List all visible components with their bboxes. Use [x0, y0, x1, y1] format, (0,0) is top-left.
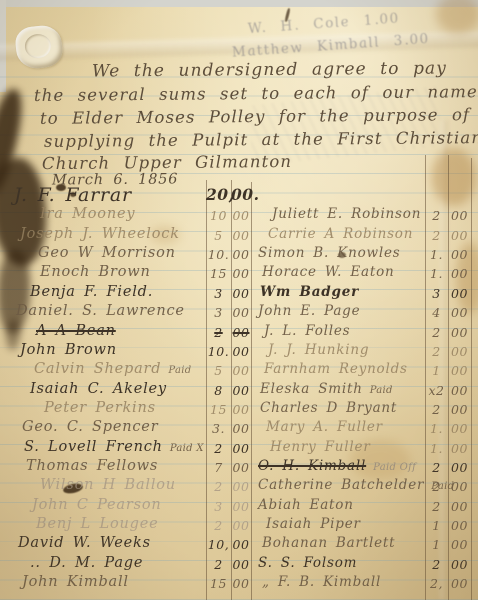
entry-name: „ F. B. Kimball	[262, 574, 381, 590]
entry-name: John E. Page	[258, 303, 360, 319]
entry-amount-dollars: 2,	[425, 574, 448, 593]
entry-amount-cents: 00	[448, 400, 471, 419]
entry-amount-cents: 00	[448, 284, 471, 303]
entry-amount-cents: 00	[448, 574, 471, 593]
ledger-row: S. S. Folsom200	[0, 554, 478, 574]
entry-name: O. H. Kimball	[258, 458, 366, 474]
entry-name-wrap: Abiah Eaton	[258, 496, 354, 515]
entry-name-wrap: Farnham Reynolds	[264, 360, 408, 379]
ledger-row: Simon B. Knowles1.00	[0, 244, 478, 264]
ledger-row: J. L. Folles200	[0, 322, 478, 342]
scan-edge-top	[0, 0, 478, 7]
ledger-row: Mary A. Fuller1.00	[0, 418, 478, 438]
entry-amount-dollars: 4	[425, 303, 448, 322]
entry-name: S. S. Folsom	[258, 555, 357, 571]
entry-amount-dollars: 2	[425, 323, 448, 342]
entry-amount-dollars: 3	[425, 284, 448, 303]
entry-name: Carrie A Robinson	[268, 226, 413, 242]
entry-amount-dollars: 2	[425, 226, 448, 245]
ledger-row: Bohanan Bartlett100	[0, 534, 478, 554]
entry-amount-cents: 00	[448, 439, 471, 458]
entry-name-wrap: Mary A. Fuller	[266, 418, 383, 437]
entry-name: Farnham Reynolds	[264, 361, 408, 377]
entry-amount-dollars: 1.	[425, 264, 448, 283]
entry-name-wrap: Bohanan Bartlett	[262, 534, 395, 553]
entry-name: Simon B. Knowles	[258, 245, 400, 261]
entry-name: Henry Fuller	[270, 439, 371, 455]
heading-line: the several sums set to each of our name…	[34, 82, 478, 105]
entry-amount-cents: 00	[448, 264, 471, 283]
entry-name-wrap: J. J. Hunking	[268, 341, 369, 360]
entry-amount-cents: 00.	[231, 185, 251, 204]
entry-amount-dollars: 2	[425, 477, 448, 496]
heading-line: supplying the Pulpit at the First Christ…	[44, 128, 478, 151]
heading-line: to Elder Moses Polley for the purpose of	[40, 105, 470, 128]
ledger-row: Henry Fuller1.00	[0, 438, 478, 458]
scanned-document: W. H. Cole 1.00 Matthew Kimball 3.00 We …	[0, 0, 478, 600]
entry-amount-dollars: 2	[425, 342, 448, 361]
entry-amount-dollars: 1.	[425, 419, 448, 438]
entry-amount-dollars: 2	[425, 497, 448, 516]
entry-name-wrap: Henry Fuller	[270, 438, 371, 457]
entry-amount-dollars: 1.	[425, 439, 448, 458]
entry-name-wrap: „ F. B. Kimball	[262, 573, 381, 592]
entry-amount-cents: 00	[448, 226, 471, 245]
entry-amount-dollars: 1	[425, 516, 448, 535]
ledger-row: Abiah Eaton200	[0, 496, 478, 516]
ledger-row: Carrie A Robinson200	[0, 225, 478, 245]
entry-name-wrap: Charles D Bryant	[260, 399, 397, 418]
entry-amount-dollars: 2	[425, 206, 448, 225]
entry-amount-dollars: 2	[425, 555, 448, 574]
entry-name: Bohanan Bartlett	[262, 535, 395, 551]
ledger-row: Wm Badger300	[0, 283, 478, 303]
entry-amount-cents: 00	[448, 419, 471, 438]
entry-name: Isaiah Piper	[266, 516, 361, 532]
ledger-row: Catherine BatchelderPaid200	[0, 476, 478, 496]
entry-name-wrap: Horace W. Eaton	[262, 263, 395, 282]
ledger-row: Juliett E. Robinson200	[0, 205, 478, 225]
entry-amount-cents: 00	[448, 458, 471, 477]
entry-amount-cents: 00	[448, 516, 471, 535]
entry-amount-dollars: 20,	[206, 185, 231, 204]
entry-amount-dollars: x2	[425, 381, 448, 400]
entry-name: J. L. Folles	[264, 323, 350, 339]
paid-annotation: Paid	[370, 385, 393, 396]
ledger-row: J. F. Farrar20,00.	[0, 186, 478, 206]
entry-amount-cents: 00	[448, 323, 471, 342]
ledger-row: John E. Page400	[0, 302, 478, 322]
entry-amount-dollars: 2	[425, 458, 448, 477]
entry-name: J. J. Hunking	[268, 342, 369, 358]
entry-amount-dollars: 1.	[425, 245, 448, 264]
entry-name-wrap: Eleska SmithPaid	[260, 380, 393, 400]
entry-name: Catherine Batchelder	[258, 477, 424, 493]
entry-amount-cents: 00	[448, 477, 471, 496]
entry-name-wrap: S. S. Folsom	[258, 554, 357, 573]
entry-amount-cents: 00	[448, 361, 471, 380]
entry-amount-cents: 00	[448, 206, 471, 225]
entry-name: Mary A. Fuller	[266, 419, 383, 435]
ledger-row: Farnham Reynolds100	[0, 360, 478, 380]
entry-name: Juliett E. Robinson	[272, 206, 421, 222]
entry-name-wrap: J. F. Farrar	[14, 186, 132, 205]
entry-name-wrap: O. H. KimballPaid Off	[258, 457, 416, 477]
entry-name-wrap: Carrie A Robinson	[268, 225, 413, 244]
entry-amount-dollars: 1	[425, 535, 448, 554]
heading-line: We the undersigned agree to pay	[92, 58, 447, 81]
entry-name: Eleska Smith	[260, 381, 363, 397]
ledger-row: O. H. KimballPaid Off200	[0, 457, 478, 477]
entry-amount-cents: 00	[448, 497, 471, 516]
entry-amount-cents: 00	[448, 535, 471, 554]
entry-amount-cents: 00	[448, 342, 471, 361]
ledger-row: J. J. Hunking200	[0, 341, 478, 361]
ledger-row: „ F. B. Kimball2,00	[0, 573, 478, 593]
entry-name: Charles D Bryant	[260, 400, 397, 416]
entry-name: Horace W. Eaton	[262, 264, 395, 280]
ledger-row: Charles D Bryant200	[0, 399, 478, 419]
entry-amount-cents: 00	[448, 381, 471, 400]
heading-line: Church Upper Gilmanton	[42, 152, 292, 173]
ledger-row: Eleska SmithPaidx200	[0, 380, 478, 400]
entry-amount-dollars: 1	[425, 361, 448, 380]
entry-name: Abiah Eaton	[258, 497, 354, 513]
entry-name: J. F. Farrar	[14, 184, 132, 206]
entry-name-wrap: Wm Badger	[260, 283, 359, 302]
entry-name: Wm Badger	[260, 284, 359, 300]
ledger-row: Horace W. Eaton1.00	[0, 263, 478, 283]
entry-name-wrap: J. L. Folles	[264, 322, 350, 341]
entry-amount-dollars: 2	[425, 400, 448, 419]
entry-name-wrap: Simon B. Knowles	[258, 244, 400, 263]
entry-name-wrap: John E. Page	[258, 302, 360, 321]
entry-amount-cents: 00	[448, 245, 471, 264]
entry-name-wrap: Juliett E. Robinson	[272, 205, 421, 224]
entry-name-wrap: Isaiah Piper	[266, 515, 361, 534]
paid-annotation: Paid Off	[373, 462, 416, 473]
ledger-row: Isaiah Piper100	[0, 515, 478, 535]
entry-amount-cents: 00	[448, 555, 471, 574]
entry-amount-cents: 00	[448, 303, 471, 322]
